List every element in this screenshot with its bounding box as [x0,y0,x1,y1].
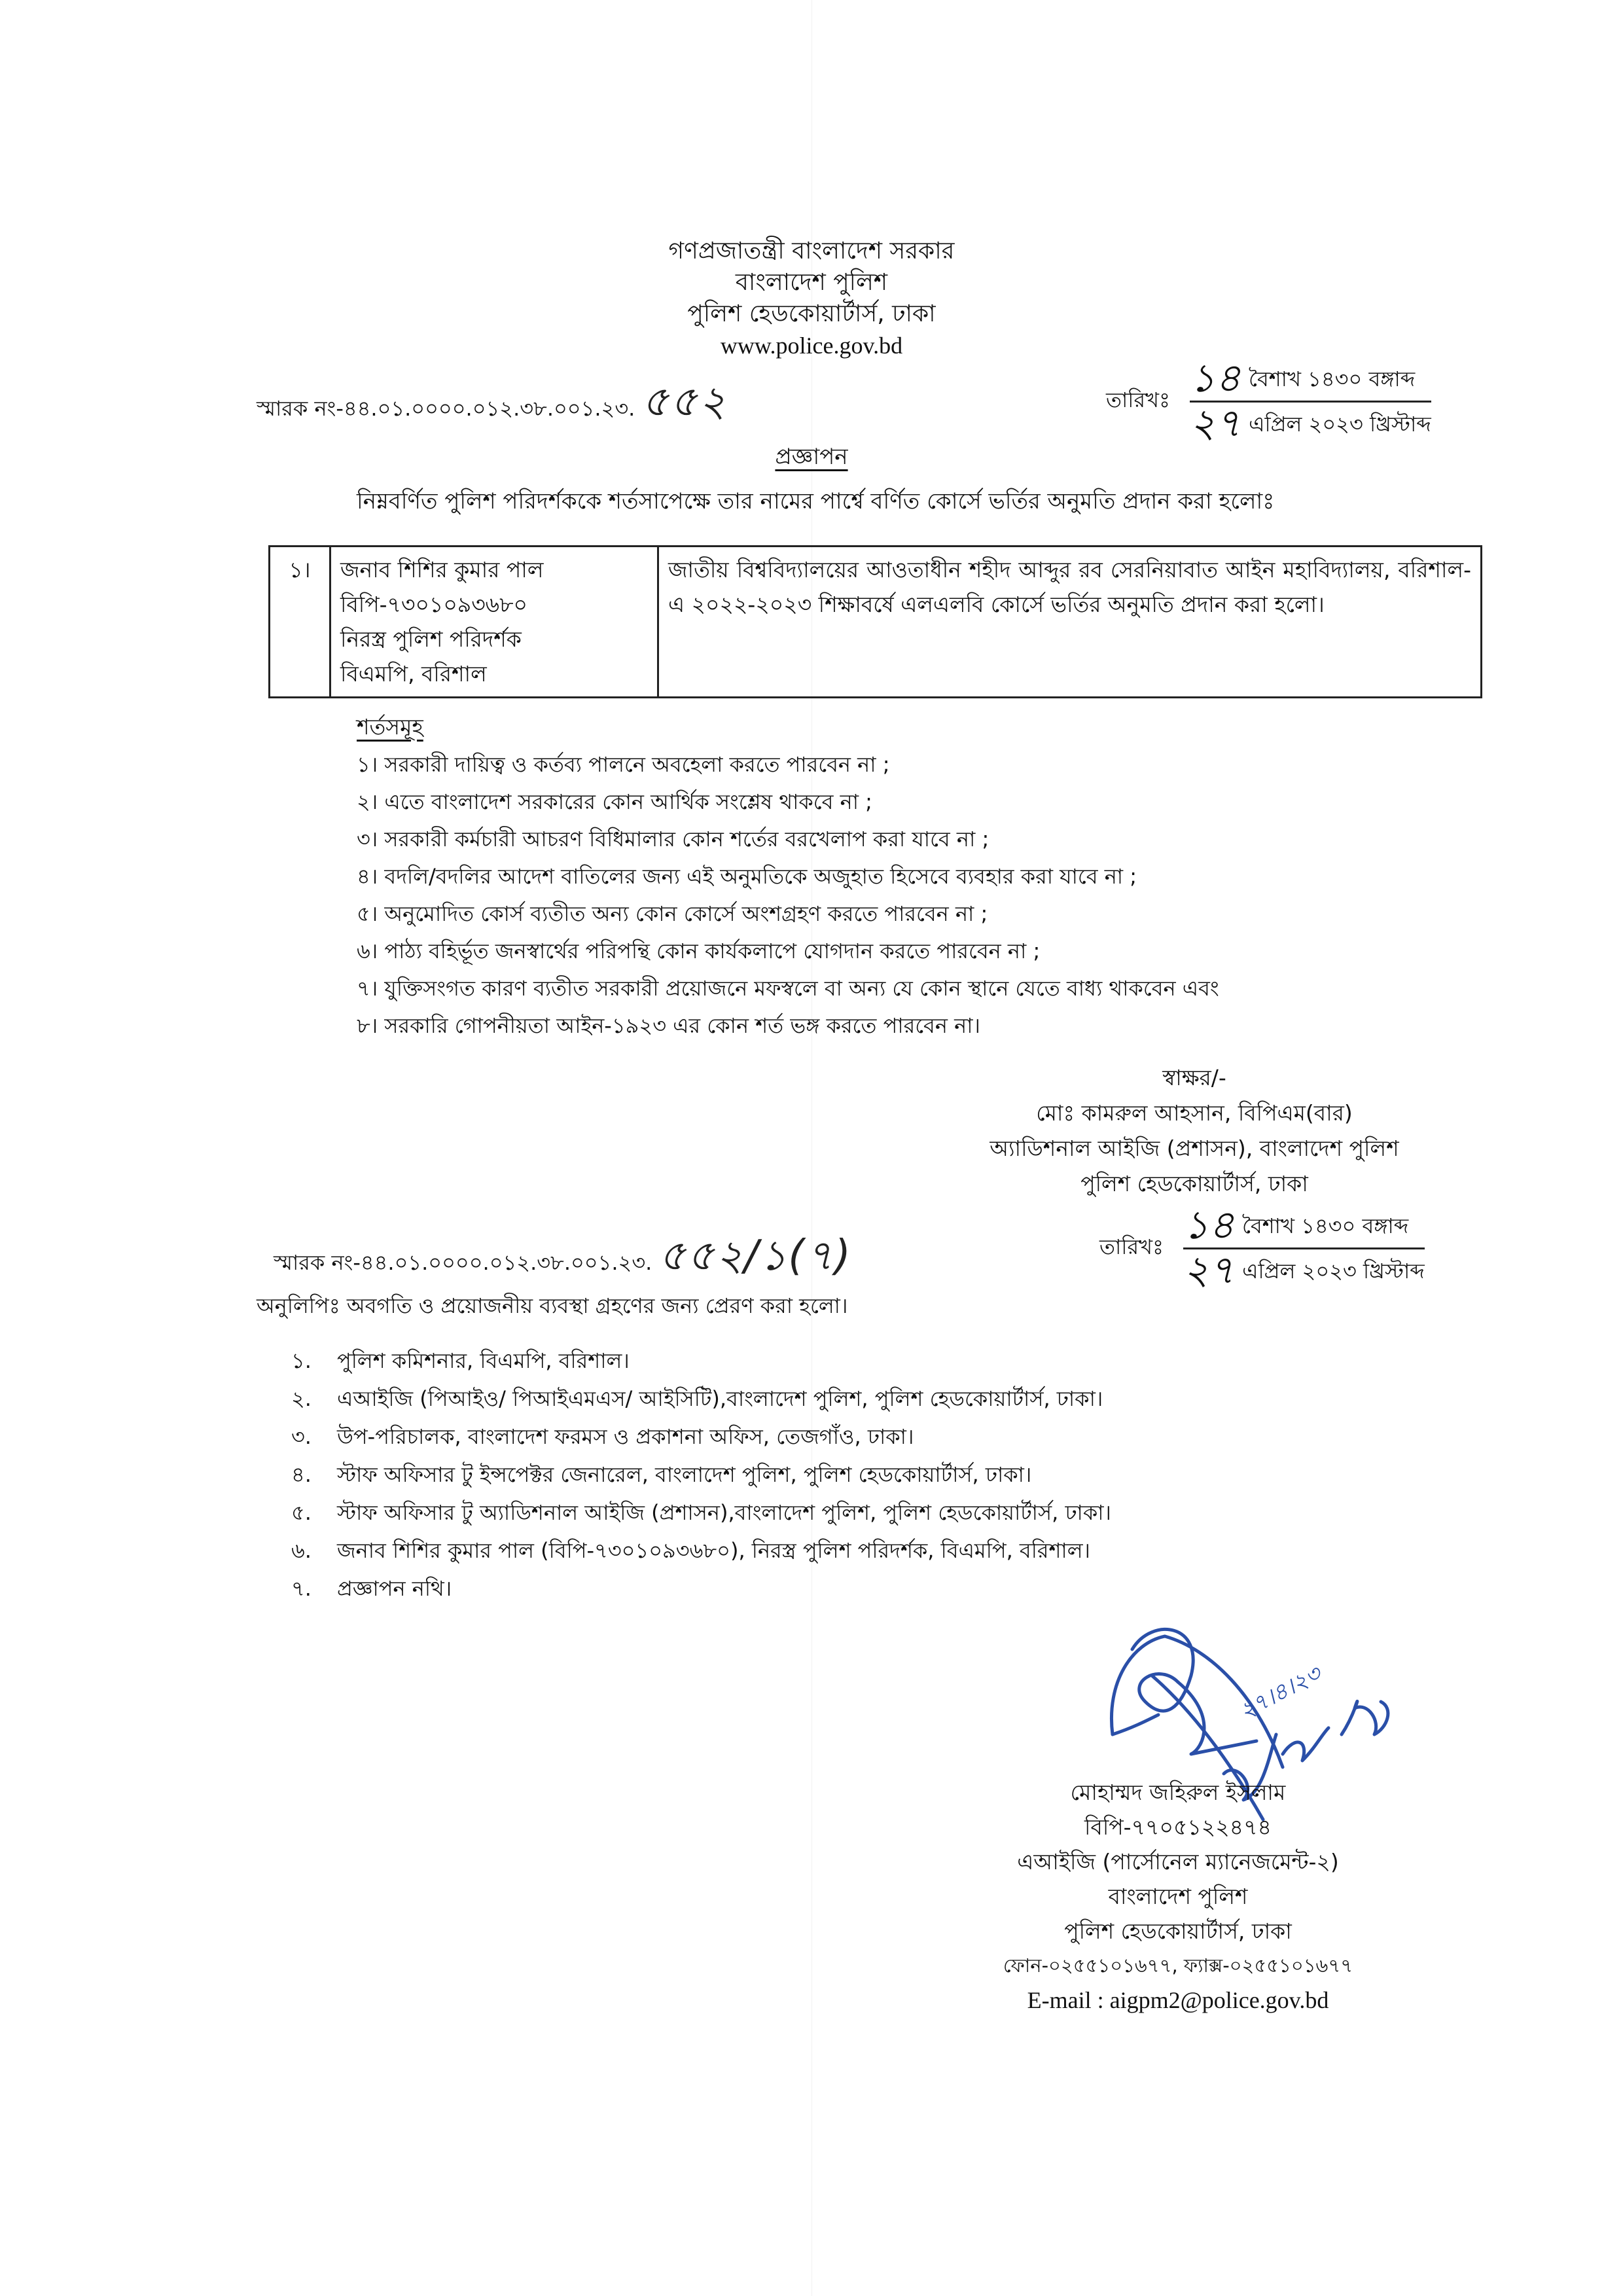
notice-intro: নিম্নবর্ণিত পুলিশ পরিদর্শককে শর্তসাপেক্ষ… [357,484,1274,522]
signer-org: বাংলাদেশ পুলিশ [949,1879,1407,1914]
item-number: ৬. [291,1532,337,1570]
item-text: এআইজি (পিআইও/ পিআইএমএস/ আইসিটি),বাংলাদেশ… [337,1380,1103,1418]
item-number: ৫. [291,1494,337,1532]
item-text: উপ-পরিচালক, বাংলাদেশ ফরমস ও প্রকাশনা অফি… [337,1418,914,1456]
notice-title-text: প্রজ্ঞাপন [775,444,847,470]
officer-name: জনাব শিশির কুমার পাল [340,552,648,587]
item-number: ৩. [291,1418,337,1456]
memo-number-copy: স্মারক নং-৪৪.০১.০০০০.০১২.৩৮.০০১.২৩. ৫৫২/… [274,1224,852,1294]
copy-intro: অনুলিপিঃ অবগতি ও প্রয়োজনীয় ব্যবস্থা গ্… [257,1289,847,1325]
signed-mark: স্বাক্ষর/- [949,1060,1440,1096]
officer-bp-no: বিপি-৭৩০১০৯৩৬৮০ [340,587,648,622]
table-row: ১। জনাব শিশির কুমার পাল বিপি-৭৩০১০৯৩৬৮০ … [270,547,1482,698]
conditions-list: ১। সরকারী দায়িত্ব ও কর্তব্য পালনে অবহেল… [357,746,1219,1045]
list-item: ৩.উপ-পরিচালক, বাংলাদেশ ফরমস ও প্রকাশনা অ… [291,1418,1111,1456]
english-date: এপ্রিল ২০২৩ খ্রিস্টাব্দ [1242,1255,1425,1290]
memo-handwritten-number: ৫৫২/১(৭) [659,1232,852,1280]
list-item: ৪.স্টাফ অফিসার টু ইন্সপেক্টর জেনারেল, বা… [291,1456,1111,1494]
item-text: জনাব শিশির কুমার পাল (বিপি-৭৩০১০৯৩৬৮০), … [337,1532,1090,1570]
bangla-date: বৈশাখ ১৪৩০ বঙ্গাব্দ [1242,1210,1408,1245]
item-number: ১. [291,1342,337,1380]
signer-bp-no: বিপি-৭৭০৫১২২৪৭৪ [949,1810,1407,1844]
website: www.police.gov.bd [0,330,1623,361]
item-text: প্রজ্ঞাপন নথি। [337,1570,452,1607]
memo-prefix: স্মারক নং-৪৪.০১.০০০০.০১২.৩৮.০০১.২৩. [274,1250,652,1275]
list-item: ২.এআইজি (পিআইও/ পিআইএমএস/ আইসিটি),বাংলাদ… [291,1380,1111,1418]
signer-name: মোহাম্মদ জহিরুল ইসলাম [949,1775,1407,1810]
signer-email: E-mail : aigpm2@police.gov.bd [949,1983,1407,2018]
english-date: এপ্রিল ২০২৩ খ্রিস্টাব্দ [1249,408,1431,443]
date-label: তারিখঃ [1099,1230,1164,1266]
item-number: ৭. [291,1570,337,1607]
item-number: ২. [291,1380,337,1418]
notice-title: প্রজ্ঞাপন [0,440,1623,477]
english-day: ২৭ [1190,404,1241,443]
date-label: তারিখঃ [1106,384,1170,419]
bangla-day: ১৪ [1183,1206,1234,1245]
signer-title: এআইজি (পার্সোনেল ম্যানেজমেন্ট-২) [949,1844,1407,1879]
grant-table: ১। জনাব শিশির কুমার পাল বিপি-৭৩০১০৯৩৬৮০ … [268,545,1482,698]
office-name: পুলিশ হেডকোয়ার্টার্স, ঢাকা [0,298,1623,330]
letterhead: গণপ্রজাতন্ত্রী বাংলাদেশ সরকার বাংলাদেশ প… [0,236,1623,361]
bangla-day: ১৪ [1190,359,1241,398]
list-item: ১.পুলিশ কমিশনার, বিএমপি, বরিশাল। [291,1342,1111,1380]
serial-cell: ১। [270,547,330,698]
signer-phone-fax: ফোন-০২৫৫১০১৬৭৭, ফ্যাক্স-০২৫৫১০১৬৭৭ [949,1948,1407,1983]
memo-date-copy: তারিখঃ ১৪ বৈশাখ ১৪৩০ বঙ্গাব্দ ২৭ এপ্রিল … [1099,1206,1425,1290]
officer-unit: বিএমপি, বরিশাল [340,656,648,691]
memo-handwritten-number: ৫৫২ [642,378,728,426]
condition-item: ৪। বদলি/বদলির আদেশ বাতিলের জন্য এই অনুমত… [357,858,1219,895]
condition-item: ৮। সরকারি গোপনীয়তা আইন-১৯২৩ এর কোন শর্ত… [357,1007,1219,1045]
condition-item: ১। সরকারী দায়িত্ব ও কর্তব্য পালনে অবহেল… [357,746,1219,783]
condition-item: ৫। অনুমোদিত কোর্স ব্যতীত অন্য কোন কোর্সে… [357,895,1219,933]
list-item: ৫.স্টাফ অফিসার টু অ্যাডিশনাল আইজি (প্রশা… [291,1494,1111,1532]
signer-title: অ্যাডিশনাল আইজি (প্রশাসন), বাংলাদেশ পুলি… [949,1131,1440,1166]
condition-item: ৬। পাঠ্য বহির্ভূত জনস্বার্থের পরিপন্থি ক… [357,933,1219,970]
item-text: স্টাফ অফিসার টু অ্যাডিশনাল আইজি (প্রশাসন… [337,1494,1111,1532]
course-details-cell: জাতীয় বিশ্ববিদ্যালয়ের আওতাধীন শহীদ আব্… [658,547,1482,698]
copy-list: ১.পুলিশ কমিশনার, বিএমপি, বরিশাল। ২.এআইজি… [291,1342,1111,1607]
english-day: ২৭ [1183,1251,1234,1290]
signer-block-2: মোহাম্মদ জহিরুল ইসলাম বিপি-৭৭০৫১২২৪৭৪ এআ… [949,1775,1407,2018]
memo-prefix: স্মারক নং-৪৪.০১.০০০০.০১২.৩৮.০০১.২৩. [257,396,635,421]
item-text: পুলিশ কমিশনার, বিএমপি, বরিশাল। [337,1342,630,1380]
list-item: ৭.প্রজ্ঞাপন নথি। [291,1570,1111,1607]
officer-designation: নিরস্ত্র পুলিশ পরিদর্শক [340,622,648,656]
memo-number: স্মারক নং-৪৪.০১.০০০০.০১২.৩৮.০০১.২৩. ৫৫২ [257,370,727,440]
officer-cell: জনাব শিশির কুমার পাল বিপি-৭৩০১০৯৩৬৮০ নির… [330,547,658,698]
condition-item: ২। এতে বাংলাদেশ সরকারের কোন আর্থিক সংশ্ল… [357,783,1219,821]
item-text: স্টাফ অফিসার টু ইন্সপেক্টর জেনারেল, বাংল… [337,1456,1031,1494]
signer-name: মোঃ কামরুল আহসান, বিপিএম(বার) [949,1096,1440,1131]
condition-item: ৭। যুক্তিসংগত কারণ ব্যতীত সরকারী প্রয়োজ… [357,970,1219,1007]
condition-item: ৩। সরকারী কর্মচারী আচরণ বিধিমালার কোন শর… [357,821,1219,858]
signer-block-1: স্বাক্ষর/- মোঃ কামরুল আহসান, বিপিএম(বার)… [949,1060,1440,1202]
bangla-date: বৈশাখ ১৪৩০ বঙ্গাব্দ [1249,363,1415,398]
memo-date: তারিখঃ ১৪ বৈশাখ ১৪৩০ বঙ্গাব্দ ২৭ এপ্রিল … [1106,359,1431,443]
conditions-heading: শর্তসমূহ [357,710,423,747]
signer-office: পুলিশ হেডকোয়ার্টার্স, ঢাকা [949,1166,1440,1202]
list-item: ৬.জনাব শিশির কুমার পাল (বিপি-৭৩০১০৯৩৬৮০)… [291,1532,1111,1570]
signer-office: পুলিশ হেডকোয়ার্টার্স, ঢাকা [949,1914,1407,1948]
item-number: ৪. [291,1456,337,1494]
govt-name: গণপ্রজাতন্ত্রী বাংলাদেশ সরকার [0,236,1623,267]
dept-name: বাংলাদেশ পুলিশ [0,267,1623,298]
